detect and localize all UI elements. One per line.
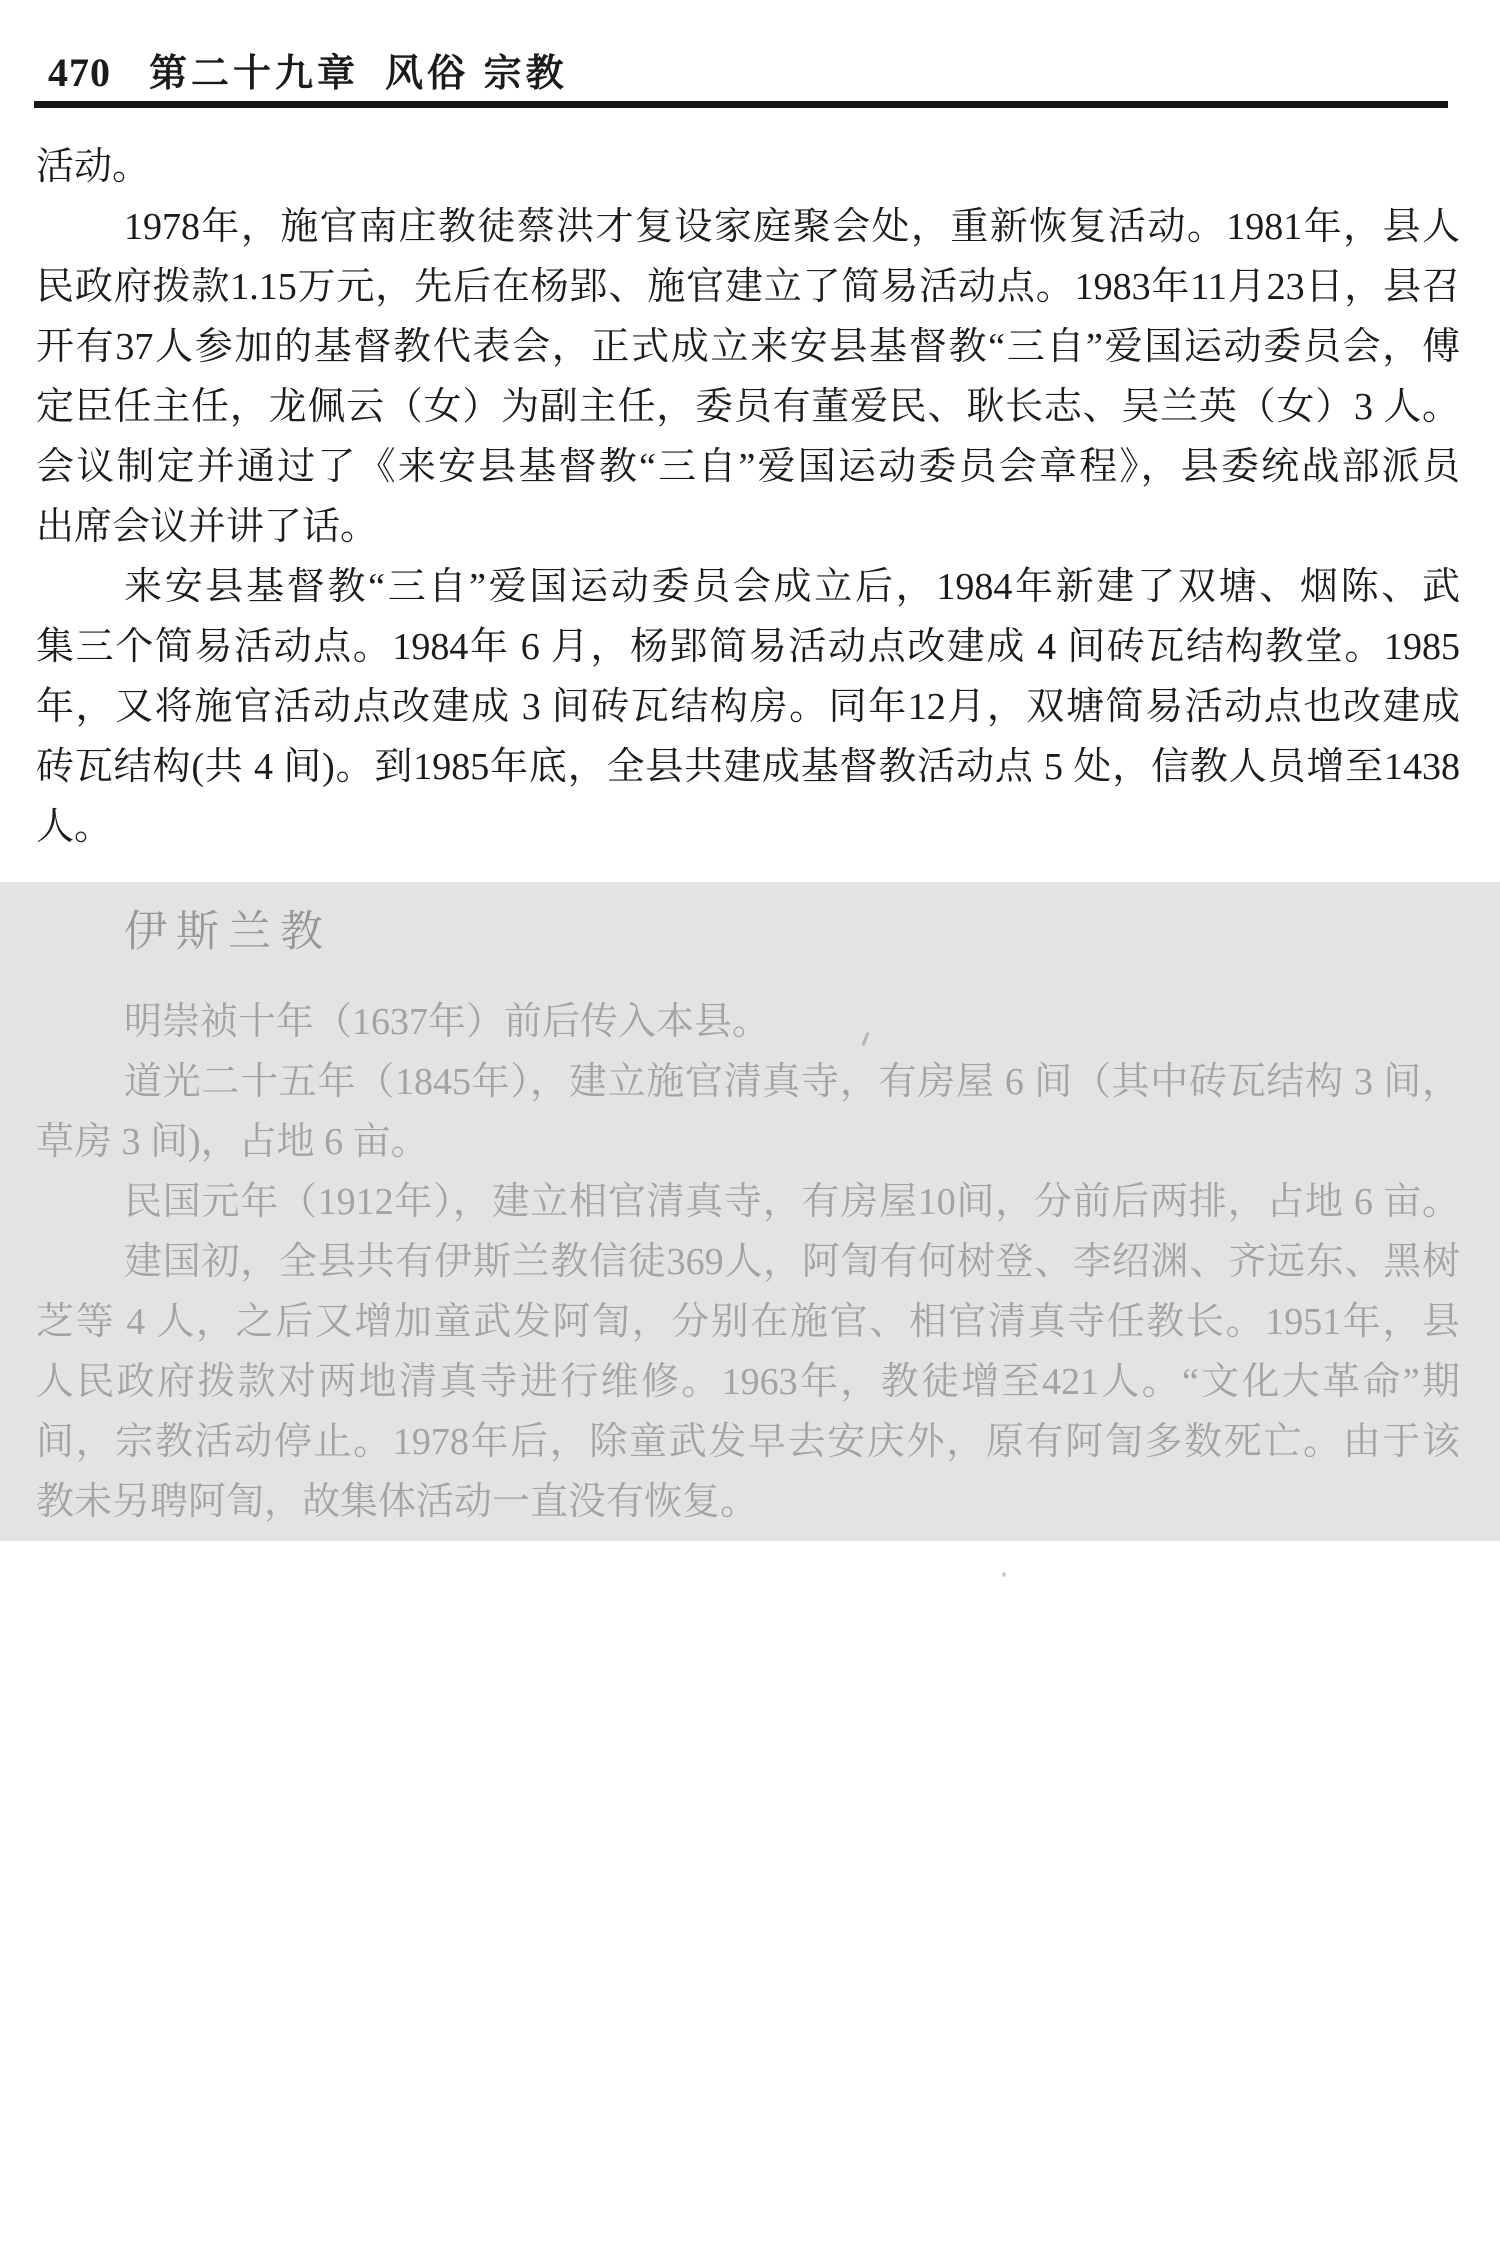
text-line: 来安县基督教“三自”爱国运动委员会成立后，1984年新建了双塘、烟陈、武 [36, 557, 1460, 617]
text-line: 1978年，施官南庄教徒蔡洪才复设家庭聚会处，重新恢复活动。1981年，县人 [36, 197, 1460, 257]
text-line: 民政府拨款1.15万元，先后在杨郢、施官建立了简易活动点。1983年11月23日… [36, 257, 1460, 317]
text-line: 间，宗教活动停止。1978年后，除童武发早去安庆外，原有阿訇多数死亡。由于该 [36, 1412, 1460, 1472]
chapter-title: 第二十九章 [149, 42, 359, 97]
page-number: 470 [48, 49, 111, 96]
text-line: 集三个简易活动点。1984年 6 月，杨郢简易活动点改建成 4 间砖瓦结构教堂。… [36, 617, 1460, 677]
text-line: 开有37人参加的基督教代表会，正式成立来安县基督教“三自”爱国运动委员会，傅 [36, 317, 1460, 377]
islam-section-highlight-band: 伊斯兰教 明崇祯十年（1637年）前后传入本县。 道光二十五年（1845年），建… [0, 882, 1500, 1541]
islam-section-text: 明崇祯十年（1637年）前后传入本县。 道光二十五年（1845年），建立施官清真… [36, 992, 1460, 1532]
header-divider-rule [34, 101, 1448, 108]
text-line: 会议制定并通过了《来安县基督教“三自”爱国运动委员会章程》，县委统战部派员 [36, 437, 1460, 497]
text-line: 明崇祯十年（1637年）前后传入本县。 [36, 992, 1460, 1052]
text-line: 活动。 [36, 137, 1460, 197]
islam-section-heading: 伊斯兰教 [124, 898, 332, 959]
text-line: 教未另聘阿訇，故集体活动一直没有恢复。 [36, 1472, 1460, 1532]
text-line: 道光二十五年（1845年），建立施官清真寺，有房屋 6 间（其中砖瓦结构 3 间… [36, 1052, 1460, 1112]
text-line: 建国初，全县共有伊斯兰教信徒369人，阿訇有何树登、李绍渊、齐远东、黑树 [36, 1232, 1460, 1292]
text-line: 芝等 4 人，之后又增加童武发阿訇，分别在施官、相官清真寺任教长。1951年，县 [36, 1292, 1460, 1352]
text-line: 草房 3 间)，占地 6 亩。 [36, 1112, 1460, 1172]
text-line: 出席会议并讲了话。 [36, 497, 1460, 557]
running-head: 470 第二十九章 风俗 宗教 [48, 42, 568, 97]
text-line: 人民政府拨款对两地清真寺进行维修。1963年，教徒增至421人。“文化大革命”期 [36, 1352, 1460, 1412]
scan-artifact [1002, 1572, 1006, 1577]
text-line: 年，又将施官活动点改建成 3 间砖瓦结构房。同年12月，双塘简易活动点也改建成 [36, 677, 1460, 737]
chapter-topic: 风俗 宗教 [385, 42, 568, 97]
text-line: 砖瓦结构(共 4 间)。到1985年底，全县共建成基督教活动点 5 处，信教人员… [36, 737, 1460, 797]
text-line: 定臣任主任，龙佩云（女）为副主任，委员有董爱民、耿长志、吴兰英（女）3 人。 [36, 377, 1460, 437]
text-line: 人。 [36, 797, 1460, 857]
scanned-book-page: 470 第二十九章 风俗 宗教 活动。 1978年，施官南庄教徒蔡洪才复设家庭聚… [0, 0, 1500, 2262]
christianity-section: 活动。 1978年，施官南庄教徒蔡洪才复设家庭聚会处，重新恢复活动。1981年，… [36, 137, 1460, 857]
text-line: 民国元年（1912年），建立相官清真寺，有房屋10间，分前后两排，占地 6 亩。 [36, 1172, 1460, 1232]
